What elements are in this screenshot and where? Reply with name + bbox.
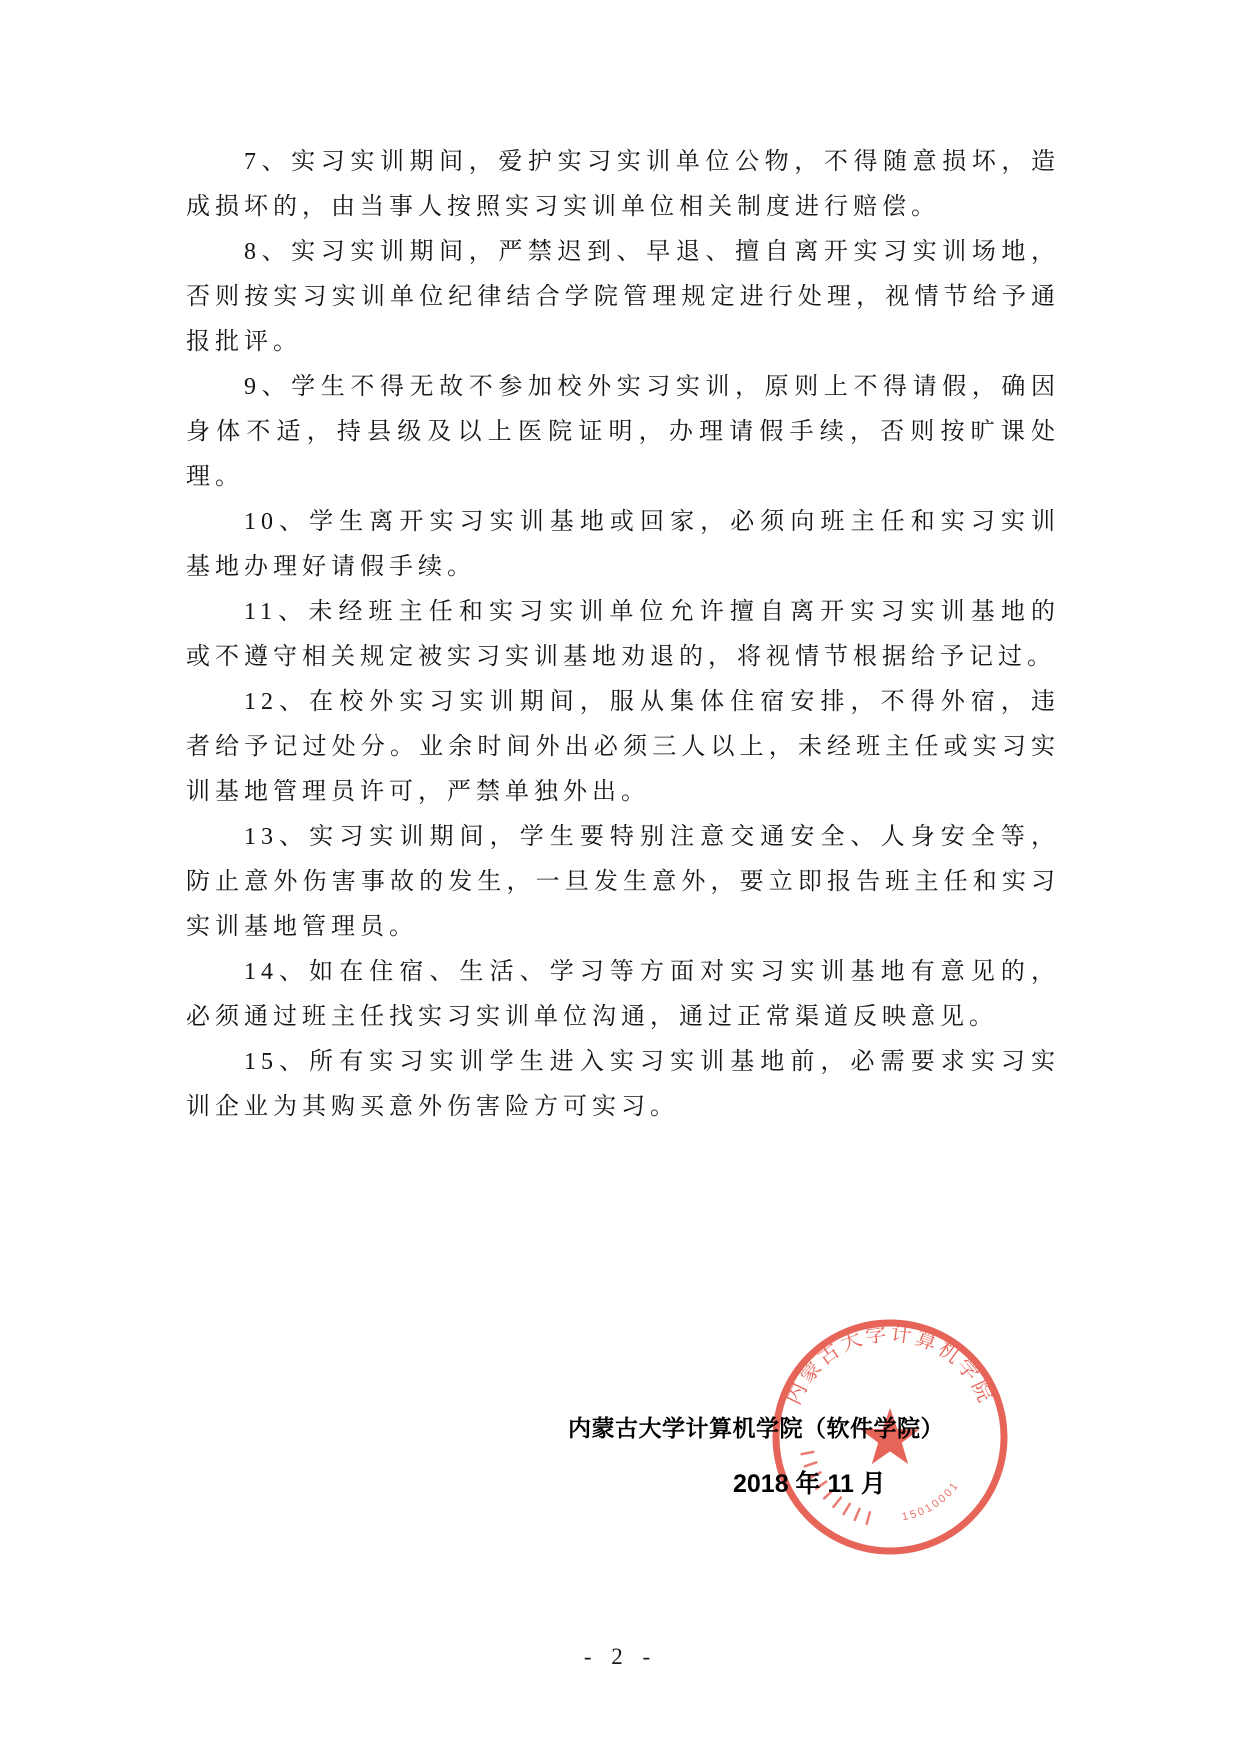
seal-arc-text-container: 内蒙古大学计算机学院: [782, 1322, 998, 1408]
signature-org: 内蒙古大学计算机学院（软件学院）: [568, 1410, 944, 1443]
paragraph-item-13: 13、实习实训期间，学生要特别注意交通安全、人身安全等，防止意外伤害事故的发生，…: [186, 815, 1060, 950]
document-body: 7、实习实训期间，爱护实习实训单位公物，不得随意损坏，造成损坏的，由当事人按照实…: [186, 140, 1060, 1130]
paragraph-item-14: 14、如在住宿、生活、学习等方面对实习实训基地有意见的，必须通过班主任找实习实训…: [186, 950, 1060, 1040]
signature-block: 内蒙古大学计算机学院（软件学院） 2018 年 11 月: [568, 1410, 944, 1500]
paragraph-item-8: 8、实习实训期间，严禁迟到、早退、擅自离开实习实训场地，否则按实习实训单位纪律结…: [186, 230, 1060, 365]
paragraph-item-7: 7、实习实训期间，爱护实习实训单位公物，不得随意损坏，造成损坏的，由当事人按照实…: [186, 140, 1060, 230]
paragraph-item-11: 11、未经班主任和实习实训单位允许擅自离开实习实训基地的或不遵守相关规定被实习实…: [186, 590, 1060, 680]
paragraph-item-15: 15、所有实习实训学生进入实习实训基地前，必需要求实习实训企业为其购买意外伤害险…: [186, 1040, 1060, 1130]
seal-arc-text: 内蒙古大学计算机学院: [782, 1322, 998, 1408]
paragraph-item-10: 10、学生离开实习实训基地或回家，必须向班主任和实习实训基地办理好请假手续。: [186, 500, 1060, 590]
signature-date: 2018 年 11 月: [733, 1464, 944, 1500]
paragraph-item-12: 12、在校外实习实训期间，服从集体住宿安排，不得外宿，违者给予记过处分。业余时间…: [186, 680, 1060, 815]
page-number: - 2 -: [0, 1644, 1241, 1670]
paragraph-item-9: 9、学生不得无故不参加校外实习实训，原则上不得请假，确因身体不适，持县级及以上医…: [186, 365, 1060, 500]
document-page: 7、实习实训期间，爱护实习实训单位公物，不得随意损坏，造成损坏的，由当事人按照实…: [0, 0, 1241, 1755]
